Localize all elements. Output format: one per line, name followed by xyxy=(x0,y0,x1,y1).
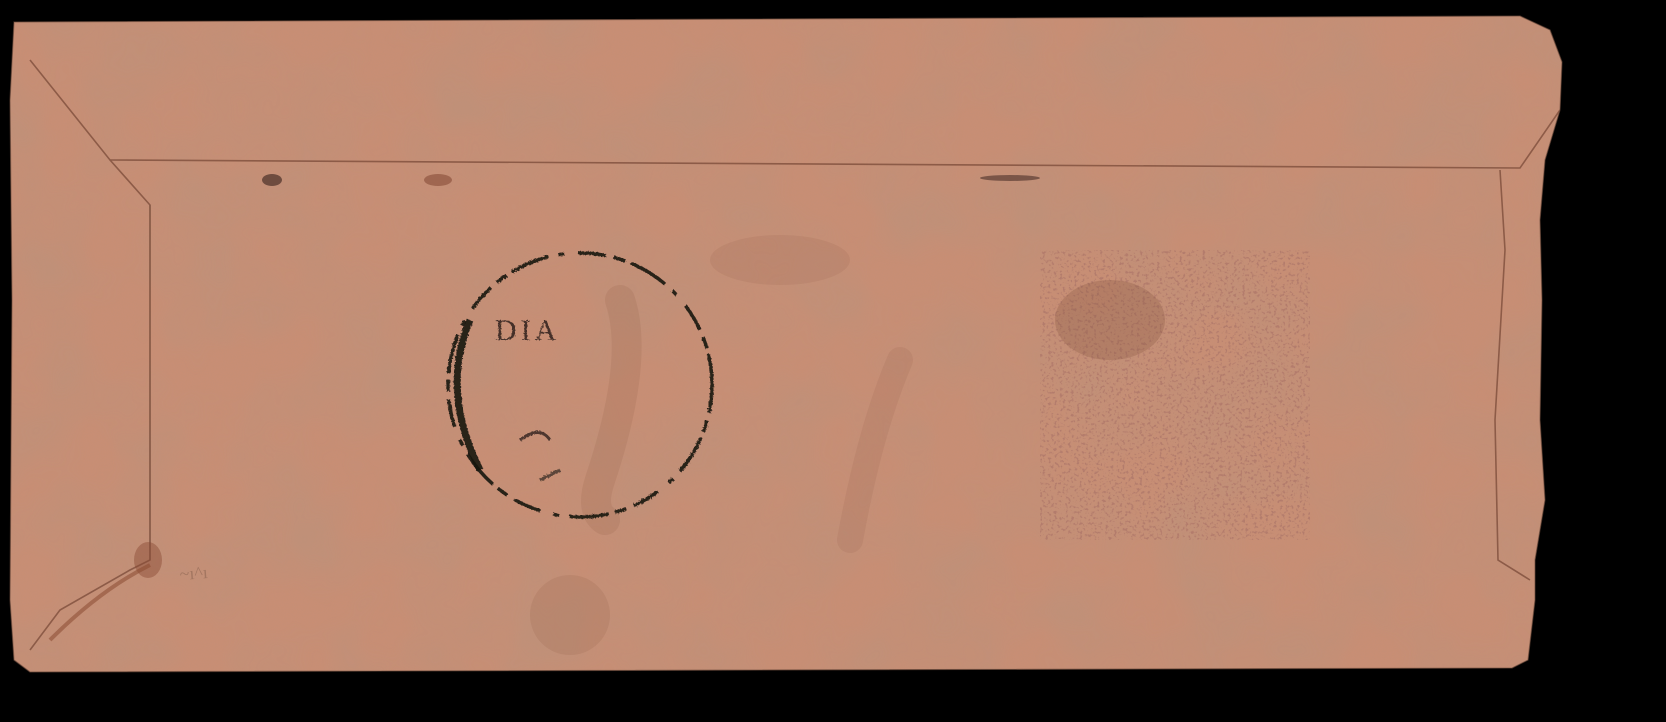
postmark-text: DIA xyxy=(495,314,560,347)
paper: DIA ~ı^ı xyxy=(0,0,1666,722)
envelope-back: DIA ~ı^ı Back of a vintage envelope xyxy=(0,0,1666,722)
envelope-illustration: DIA ~ı^ı xyxy=(0,0,1666,722)
smudged-cancel xyxy=(1040,250,1310,540)
pencil-note: ~ı^ı xyxy=(179,562,209,584)
